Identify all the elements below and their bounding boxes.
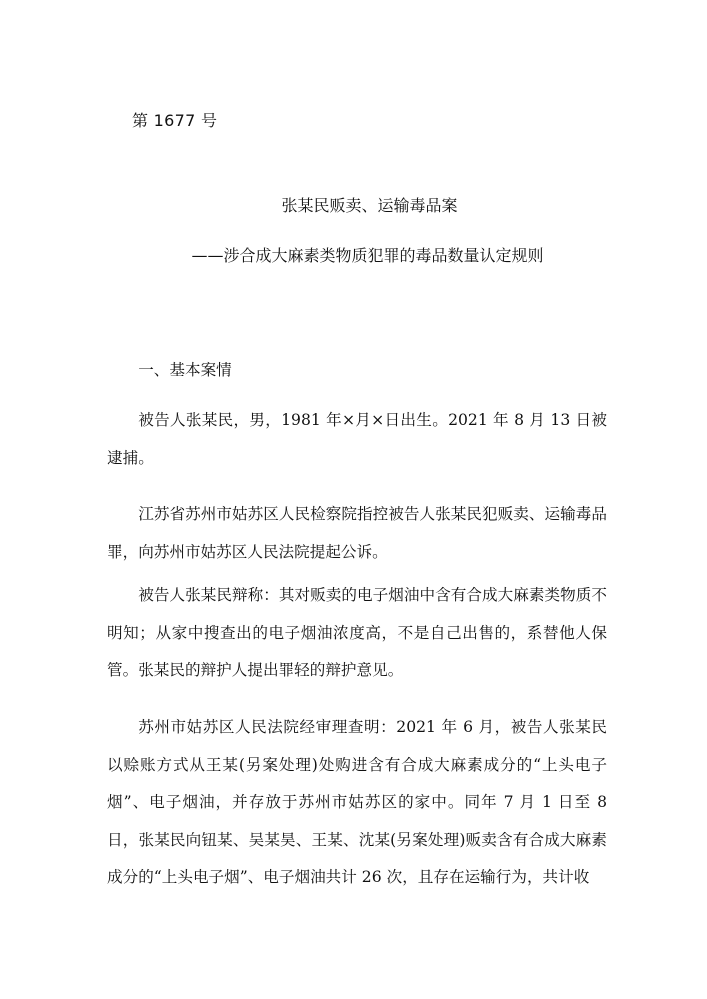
paragraph-court-findings: 苏州市姑苏区人民法院经审理查明：2021 年 6 月，被告人张某民以赊账方式从王…	[107, 709, 607, 897]
case-number: 第 1677 号	[132, 108, 217, 131]
paragraph-defense-container: 被告人张某民辩称：其对贩卖的电子烟油中含有合成大麻素类物质不明知；从家中搜查出的…	[107, 577, 607, 690]
section-heading: 一、基本案情	[107, 352, 607, 390]
paragraph-defense: 被告人张某民辩称：其对贩卖的电子烟油中含有合成大麻素类物质不明知；从家中搜查出的…	[107, 577, 607, 690]
case-subtitle: ——涉合成大麻素类物质犯罪的毒品数量认定规则	[14, 243, 707, 266]
paragraph-prosecution: 江苏省苏州市姑苏区人民检察院指控被告人张某民犯贩卖、运输毒品罪，向苏州市姑苏区人…	[107, 496, 607, 571]
case-title: 张某民贩卖、运输毒品案	[16, 193, 707, 216]
section-heading-container: 一、基本案情	[107, 352, 607, 390]
paragraph-defendant-info: 被告人张某民，男，1981 年×月×日出生。2021 年 8 月 13 日被逮捕…	[107, 402, 607, 477]
paragraph-court-findings-container: 苏州市姑苏区人民法院经审理查明：2021 年 6 月，被告人张某民以赊账方式从王…	[107, 709, 607, 897]
paragraph-defendant-info-container: 被告人张某民，男，1981 年×月×日出生。2021 年 8 月 13 日被逮捕…	[107, 402, 607, 477]
document-page: 第 1677 号 张某民贩卖、运输毒品案 ——涉合成大麻素类物质犯罪的毒品数量认…	[0, 0, 707, 999]
paragraph-prosecution-container: 江苏省苏州市姑苏区人民检察院指控被告人张某民犯贩卖、运输毒品罪，向苏州市姑苏区人…	[107, 496, 607, 571]
